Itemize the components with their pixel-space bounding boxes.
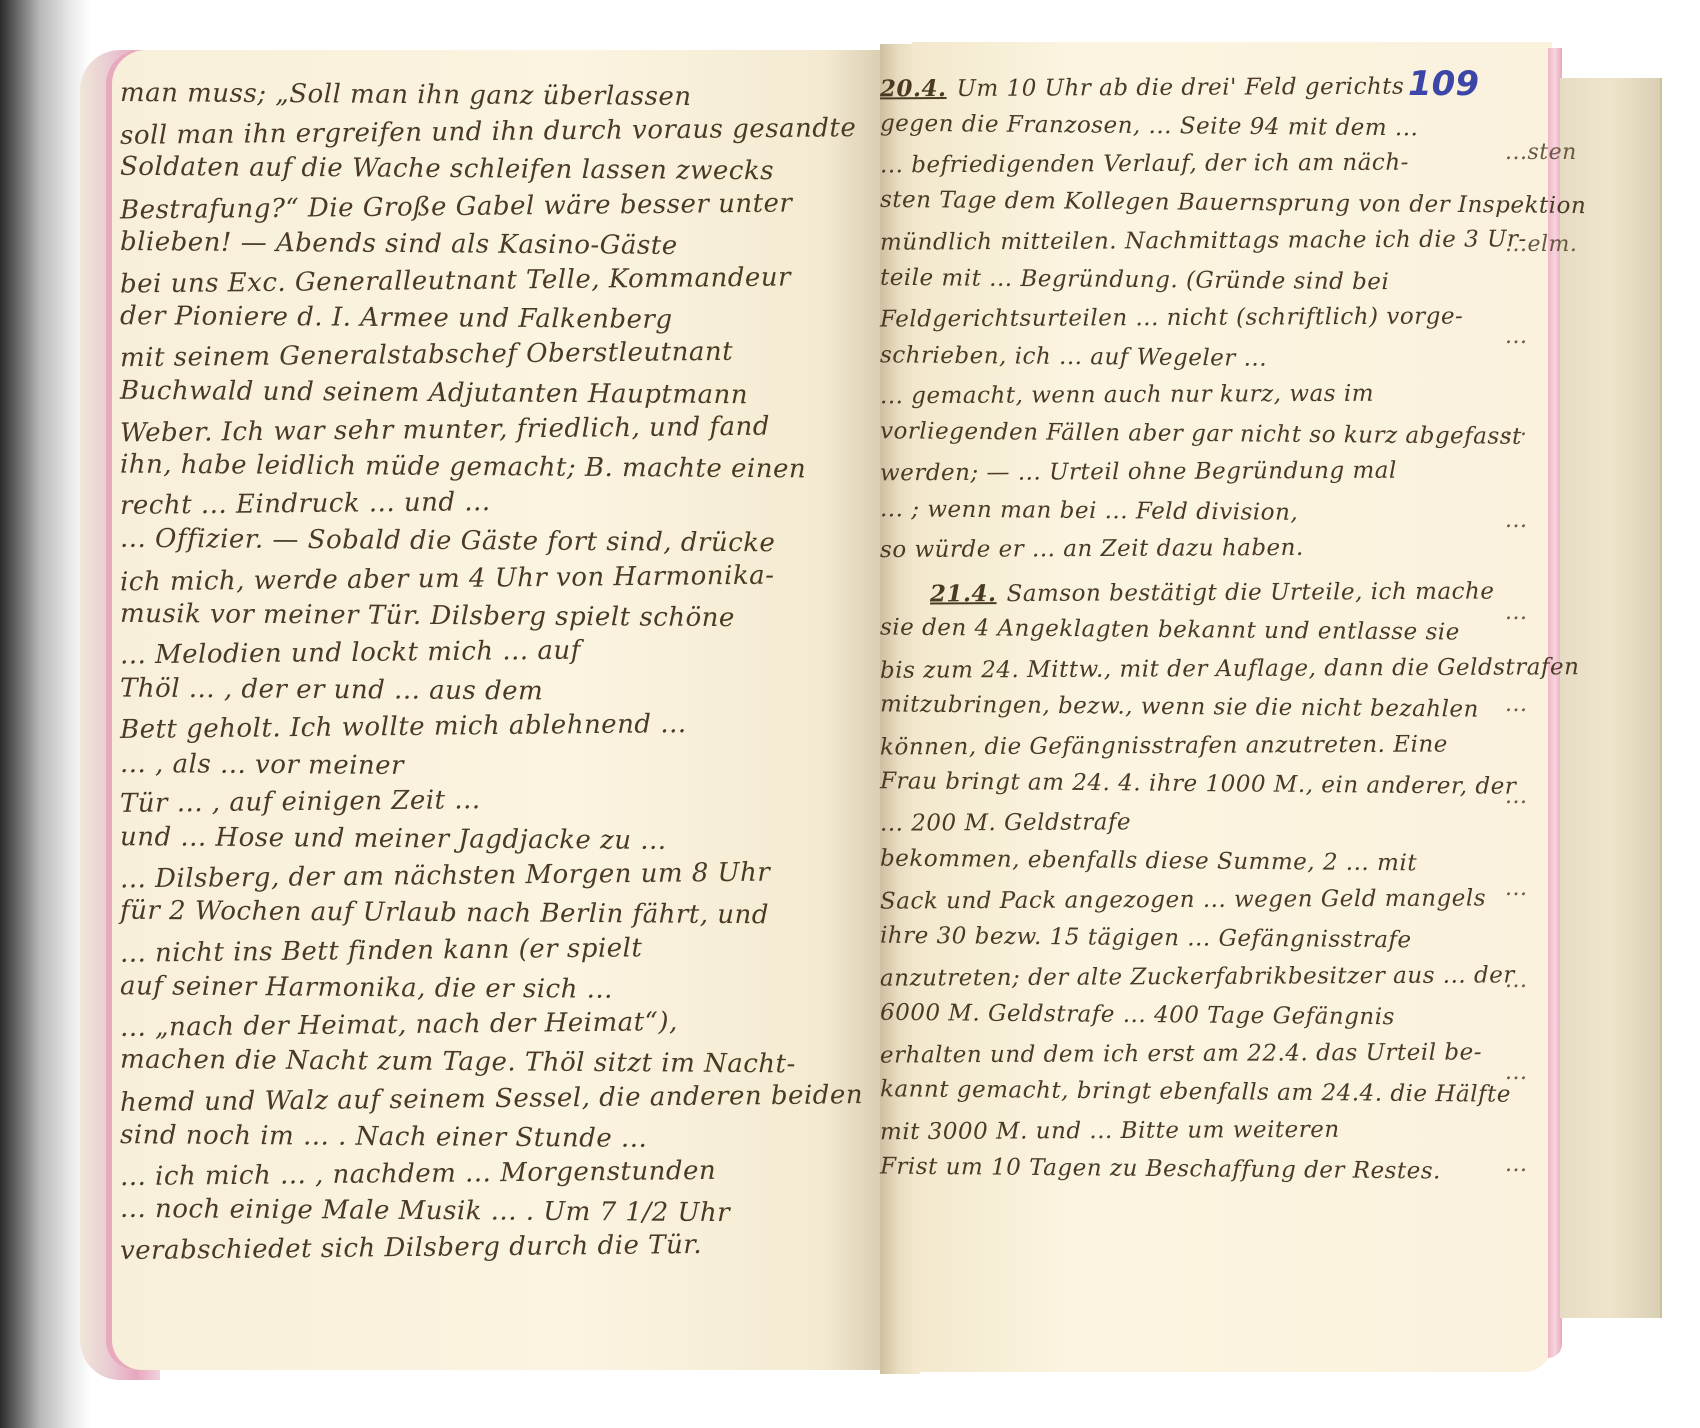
handwritten-line: Feldgerichtsurteilen ... nicht (schriftl… (880, 303, 1463, 332)
handwritten-line: mitzubringen, bezw., wenn sie die nicht … (880, 691, 1479, 722)
handwritten-line: für 2 Wochen auf Urlaub nach Berlin fähr… (120, 896, 769, 931)
handwritten-line: so würde er ... an Zeit dazu haben. (880, 535, 1304, 563)
handwritten-line: ... Offizier. — Sobald die Gäste fort si… (120, 524, 776, 559)
handwritten-line: ... nicht ins Bett finden kann (er spiel… (120, 933, 643, 968)
entry-text: Um 10 Uhr ab die drei' Feld gerichts (956, 74, 1404, 102)
handwritten-line: mündlich mitteilen. Nachmittags mache ic… (880, 226, 1527, 255)
underlying-text-fragment: ... (1505, 1152, 1527, 1177)
handwritten-line: recht ... Eindruck ... und ... (120, 487, 491, 521)
handwritten-line: und ... Hose und meiner Jagdjacke zu ... (120, 822, 667, 856)
handwritten-line: werden; — ... Urteil ohne Begründung mal (880, 458, 1397, 487)
handwritten-line: ... ; wenn man bei ... Feld division, (880, 496, 1298, 526)
handwritten-line: mit 3000 M. und ... Bitte um weiteren (880, 1116, 1340, 1144)
handwritten-line: ... Melodien und lockt mich ... auf (120, 636, 581, 671)
handwritten-line: ... „nach der Heimat, nach der Heimat“), (120, 1007, 678, 1043)
page-number: 109 (1408, 64, 1479, 104)
handwritten-line: teile mit ... Begründung. (Gründe sind b… (880, 264, 1390, 294)
handwritten-line: auf seiner Harmonika, die er sich ... (120, 971, 613, 1004)
handwritten-line: 6000 M. Geldstrafe ... 400 Tage Gefängni… (880, 1000, 1395, 1030)
handwritten-line: ihn, habe leidlich müde gemacht; B. mach… (120, 450, 806, 485)
entry-date: 21.4. (930, 580, 997, 607)
handwritten-line: der Pioniere d. I. Armee und Falkenberg (120, 301, 673, 335)
handwritten-line: machen die Nacht zum Tage. Thöl sitzt im… (120, 1045, 796, 1080)
handwritten-line: blieben! — Abends sind als Kasino-Gäste (120, 227, 678, 261)
handwritten-line: verabschiedet sich Dilsberg durch die Tü… (120, 1230, 702, 1266)
diary-entry-first-line: 20.4.Um 10 Uhr ab die drei' Feld gericht… (880, 73, 1404, 103)
underlying-text-fragment: ... (1505, 692, 1527, 717)
handwritten-line: Tür ... , auf einigen Zeit ... (120, 785, 481, 819)
handwritten-line: ich mich, werde aber um 4 Uhr von Harmon… (120, 560, 775, 597)
handwritten-line: ... noch einige Male Musik ... . Um 7 1/… (120, 1194, 730, 1228)
handwritten-line: erhalten und dem ich erst am 22.4. das U… (880, 1039, 1482, 1068)
underlying-page (1560, 78, 1662, 1318)
diary-entry-first-line: 21.4.Samson bestätigt die Urteile, ich m… (930, 577, 1495, 607)
handwritten-line: Sack und Pack angezogen ... wegen Geld m… (880, 885, 1486, 914)
handwritten-line: bis zum 24. Mittw., mit der Auflage, dan… (880, 654, 1580, 684)
handwritten-line: ... , als ... vor meiner (120, 749, 404, 781)
handwritten-line: anzutreten; der alte Zuckerfabrikbesitze… (880, 962, 1515, 991)
handwritten-line: ihre 30 bezw. 15 tägigen ... Gefängnisst… (880, 923, 1412, 954)
handwritten-line: Buchwald und seinem Adjutanten Hauptmann (120, 375, 748, 409)
handwritten-line: gegen die Franzosen, ... Seite 94 mit de… (880, 110, 1419, 141)
handwritten-line: können, die Gefängnisstrafen anzutreten.… (880, 731, 1448, 760)
handwritten-line: bekommen, ebenfalls diese Summe, 2 ... m… (880, 846, 1417, 877)
handwritten-line: Frau bringt am 24. 4. ihre 1000 M., ein … (880, 768, 1517, 800)
entry-text: Samson bestätigt die Urteile, ich mache (1006, 578, 1494, 607)
handwritten-line: Frist um 10 Tagen zu Beschaffung der Res… (880, 1154, 1441, 1185)
underlying-text-fragment: ... (1505, 1060, 1527, 1085)
handwritten-line: sten Tage dem Kollegen Bauernsprung von … (880, 186, 1586, 218)
handwritten-line: vorliegenden Fällen aber gar nicht so ku… (880, 418, 1522, 450)
handwritten-line: ... befriedigenden Verlauf, der ich am n… (880, 150, 1409, 179)
underlying-text-fragment: ... (1505, 324, 1527, 349)
handwritten-line: Thöl ... , der er und ... aus dem (120, 674, 543, 707)
handwritten-line: Soldaten auf die Wache schleifen lassen … (120, 152, 774, 187)
underlying-text-fragment: ... (1505, 416, 1527, 441)
underlying-text-fragment: ...elm. (1505, 232, 1577, 257)
handwritten-line: ... 200 M. Geldstrafe (880, 809, 1131, 836)
handwritten-line: schrieben, ich ... auf Wegeler ... (880, 342, 1267, 371)
underlying-text-fragment: ... (1505, 784, 1527, 809)
handwritten-line: musik vor meiner Tür. Dilsberg spielt sc… (120, 599, 735, 633)
underlying-text-fragment: ...sten (1505, 140, 1577, 165)
underlying-text-fragment: ... (1505, 876, 1527, 901)
handwritten-line: kannt gemacht, bringt ebenfalls am 24.4.… (880, 1076, 1511, 1108)
handwritten-line: ... gemacht, wenn auch nur kurz, was im (880, 381, 1374, 410)
handwritten-line: ... ich mich ... , nachdem ... Morgenstu… (120, 1156, 716, 1192)
handwritten-line: sie den 4 Angeklagten bekannt und entlas… (880, 614, 1460, 645)
handwritten-line: man muss; „Soll man ihn ganz überlassen (120, 78, 692, 112)
handwritten-line: sind noch im ... . Nach einer Stunde ... (120, 1120, 647, 1154)
entry-date: 20.4. (880, 75, 947, 102)
underlying-text-fragment: ... (1505, 508, 1527, 533)
underlying-text-fragment: ... (1505, 968, 1527, 993)
underlying-text-fragment: ... (1505, 600, 1527, 625)
